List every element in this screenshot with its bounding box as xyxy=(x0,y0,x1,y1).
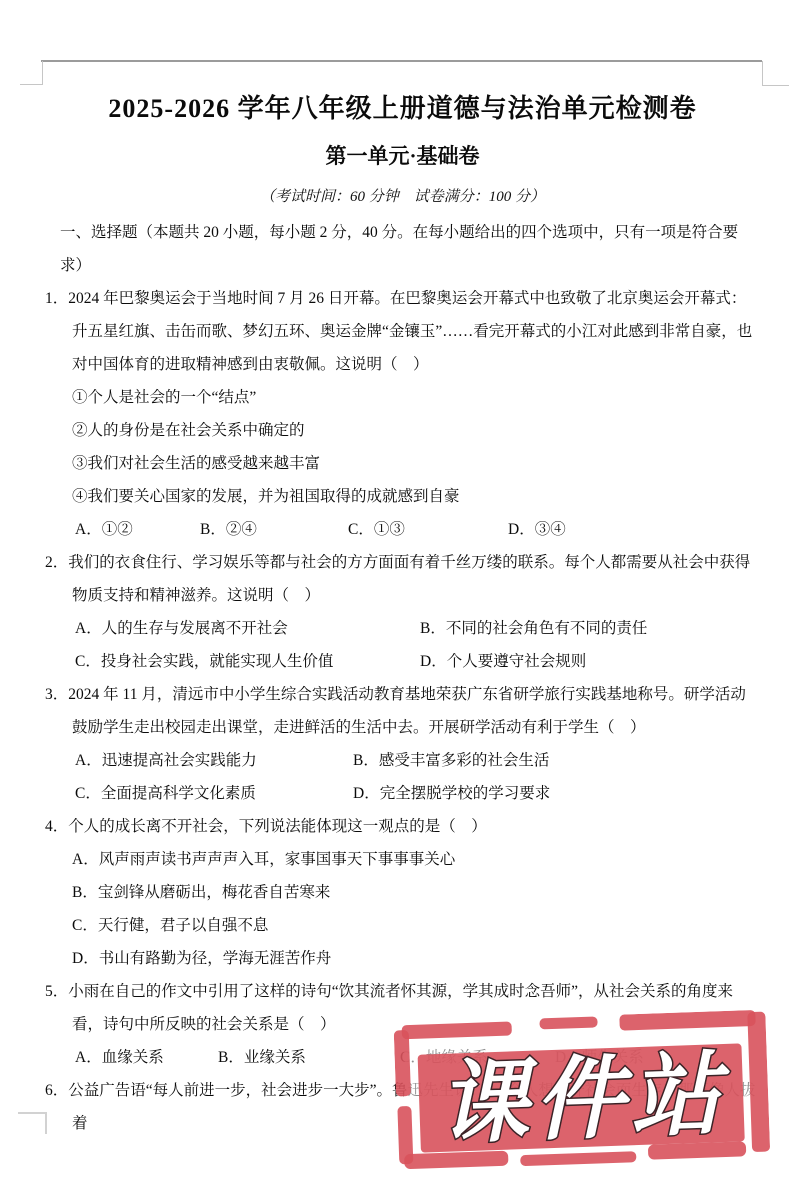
page-subtitle: 第一单元·基础卷 xyxy=(45,142,760,170)
question-stem: 6．公益广告语“每人前进一步，社会进步一大步”。鲁迅先生说：“一个人想离开社会而… xyxy=(45,1074,760,1140)
question-number: 1． xyxy=(45,290,68,307)
option-c: C．地缘关系 xyxy=(400,1041,555,1074)
question-stem: 5．小雨在自己的作文中引用了这样的诗句“饮其流者怀其源，学其成时念吾师”，从社会… xyxy=(45,975,760,1041)
subitem: ①个人是社会的一个“结点” xyxy=(45,381,760,414)
options-row: A．①② B．②④ C．①③ D．③④ xyxy=(45,513,760,546)
option-d: D．完全摆脱学校的学习要求 xyxy=(353,777,760,810)
option-c: C．全面提高科学文化素质 xyxy=(75,777,353,810)
option-c: C．①③ xyxy=(348,513,508,546)
option-a: A．迅速提高社会实践能力 xyxy=(75,744,353,777)
options-row: A．血缘关系 B．业缘关系 C．地缘关系 D．师生关系 xyxy=(45,1041,760,1074)
question-text: 2024 年 11 月，清远市中小学生综合实践活动教育基地荣获广东省研学旅行实践… xyxy=(68,686,746,736)
option-b: B．不同的社会角色有不同的责任 xyxy=(420,612,760,645)
question-text: 小雨在自己的作文中引用了这样的诗句“饮其流者怀其源，学其成时念吾师”，从社会关系… xyxy=(68,983,733,1033)
question-4: 4．个人的成长离不开社会，下列说法能体现这一观点的是（ ） A．风声雨声读书声声… xyxy=(45,810,760,975)
question-text: 公益广告语“每人前进一步，社会进步一大步”。鲁迅先生说：“一个人想离开社会而生存… xyxy=(68,1082,755,1132)
question-3: 3．2024 年 11 月，清远市中小学生综合实践活动教育基地荣获广东省研学旅行… xyxy=(45,678,760,810)
options-grid: A．人的生存与发展离不开社会 B．不同的社会角色有不同的责任 C．投身社会实践，… xyxy=(45,612,760,678)
option-c: C．天行健，君子以自强不息 xyxy=(45,909,760,942)
option-b: B．宝剑锋从磨砺出，梅花香自苦寒来 xyxy=(45,876,760,909)
option-a: A．①② xyxy=(75,513,200,546)
page-frame-top-line xyxy=(41,60,762,62)
question-number: 5． xyxy=(45,983,68,1000)
document-content: 2025-2026 学年八年级上册道德与法治单元检测卷 第一单元·基础卷 （考试… xyxy=(0,0,800,1140)
question-number: 4． xyxy=(45,818,68,835)
question-stem: 3．2024 年 11 月，清远市中小学生综合实践活动教育基地荣获广东省研学旅行… xyxy=(45,678,760,744)
page-frame-left-notch xyxy=(20,61,43,85)
option-a: A．血缘关系 xyxy=(75,1041,218,1074)
page-frame-right-notch xyxy=(762,61,789,86)
question-2: 2．我们的衣食住行、学习娱乐等都与社会的方方面面有着千丝万缕的联系。每个人都需要… xyxy=(45,546,760,678)
question-stem: 2．我们的衣食住行、学习娱乐等都与社会的方方面面有着千丝万缕的联系。每个人都需要… xyxy=(45,546,760,612)
section-header: 一、选择题（本题共 20 小题，每小题 2 分，40 分。在每小题给出的四个选项… xyxy=(45,216,760,282)
options-grid: A．迅速提高社会实践能力 B．感受丰富多彩的社会生活 C．全面提高科学文化素质 … xyxy=(45,744,760,810)
subitem: ②人的身份是在社会关系中确定的 xyxy=(45,414,760,447)
question-stem: 4．个人的成长离不开社会，下列说法能体现这一观点的是（ ） xyxy=(45,810,760,843)
question-5: 5．小雨在自己的作文中引用了这样的诗句“饮其流者怀其源，学其成时念吾师”，从社会… xyxy=(45,975,760,1074)
option-d: D．个人要遵守社会规则 xyxy=(420,645,760,678)
question-stem: 1．2024 年巴黎奥运会于当地时间 7 月 26 日开幕。在巴黎奥运会开幕式中… xyxy=(45,282,760,381)
option-c: C．投身社会实践，就能实现人生价值 xyxy=(75,645,420,678)
exam-paper-page: 2025-2026 学年八年级上册道德与法治单元检测卷 第一单元·基础卷 （考试… xyxy=(0,0,800,1140)
exam-info: （考试时间：60 分钟 试卷满分：100 分） xyxy=(45,186,760,208)
question-number: 6． xyxy=(45,1082,68,1099)
question-1: 1．2024 年巴黎奥运会于当地时间 7 月 26 日开幕。在巴黎奥运会开幕式中… xyxy=(45,282,760,546)
option-d: D．书山有路勤为径，学海无涯苦作舟 xyxy=(45,942,760,975)
subitem: ④我们要关心国家的发展，并为祖国取得的成就感到自豪 xyxy=(45,480,760,513)
question-number: 3． xyxy=(45,686,68,703)
option-a: A．人的生存与发展离不开社会 xyxy=(75,612,420,645)
option-b: B．感受丰富多彩的社会生活 xyxy=(353,744,760,777)
page-title: 2025-2026 学年八年级上册道德与法治单元检测卷 xyxy=(45,92,760,126)
option-b: B．②④ xyxy=(200,513,348,546)
option-d: D．师生关系 xyxy=(555,1041,760,1074)
option-d: D．③④ xyxy=(508,513,760,546)
page-frame-bottom-left-mark xyxy=(18,1112,47,1134)
question-text: 我们的衣食住行、学习娱乐等都与社会的方方面面有着千丝万缕的联系。每个人都需要从社… xyxy=(68,554,750,604)
question-6: 6．公益广告语“每人前进一步，社会进步一大步”。鲁迅先生说：“一个人想离开社会而… xyxy=(45,1074,760,1140)
option-b: B．业缘关系 xyxy=(218,1041,400,1074)
subitem: ③我们对社会生活的感受越来越丰富 xyxy=(45,447,760,480)
option-a: A．风声雨声读书声声声入耳，家事国事天下事事事关心 xyxy=(45,843,760,876)
question-number: 2． xyxy=(45,554,68,571)
question-text: 个人的成长离不开社会，下列说法能体现这一观点的是（ ） xyxy=(68,818,487,835)
question-text: 2024 年巴黎奥运会于当地时间 7 月 26 日开幕。在巴黎奥运会开幕式中也致… xyxy=(68,290,752,373)
